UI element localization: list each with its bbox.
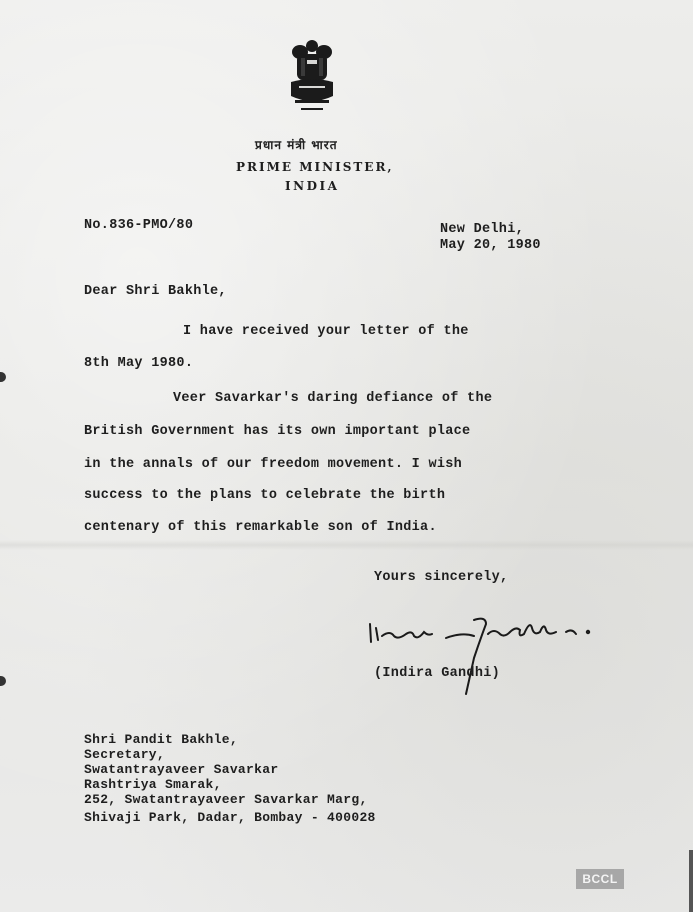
body-line: success to the plans to celebrate the bi…	[84, 488, 445, 503]
body-line: British Government has its own important…	[84, 424, 470, 439]
page-edge	[689, 850, 693, 912]
letter-place: New Delhi,	[440, 222, 524, 237]
body-line: I have received your letter of the	[183, 324, 469, 339]
paper-fold	[0, 540, 693, 550]
address-line: 252, Swatantrayaveer Savarkar Marg,	[84, 792, 368, 807]
watermark-badge: BCCL	[576, 869, 624, 889]
closing: Yours sincerely,	[374, 570, 508, 585]
body-line: Veer Savarkar's daring defiance of the	[173, 391, 492, 406]
body-line: centenary of this remarkable son of Indi…	[84, 520, 437, 535]
address-line: Shri Pandit Bakhle,	[84, 732, 238, 747]
letter-date: May 20, 1980	[440, 238, 541, 253]
address-line: Secretary,	[84, 747, 165, 762]
address-line: Shivaji Park, Dadar, Bombay - 400028	[84, 810, 376, 825]
reference-number: No.836-PMO/80	[84, 218, 193, 233]
signatory-name: (Indira Gandhi)	[374, 666, 500, 681]
address-line: Rashtriya Smarak,	[84, 777, 222, 792]
punch-hole-mark	[0, 372, 6, 382]
letterhead-hindi-title: प्रधान मंत्री भारत	[255, 136, 338, 153]
body-line: in the annals of our freedom movement. I…	[84, 457, 462, 472]
letterhead-title: PRIME MINISTER,	[236, 160, 394, 174]
national-emblem-icon	[283, 36, 341, 120]
body-line: 8th May 1980.	[84, 356, 193, 371]
letterhead-country: INDIA	[285, 179, 339, 193]
salutation: Dear Shri Bakhle,	[84, 284, 227, 299]
address-line: Swatantrayaveer Savarkar	[84, 762, 278, 777]
punch-hole-mark	[0, 676, 6, 686]
signature	[362, 610, 612, 700]
